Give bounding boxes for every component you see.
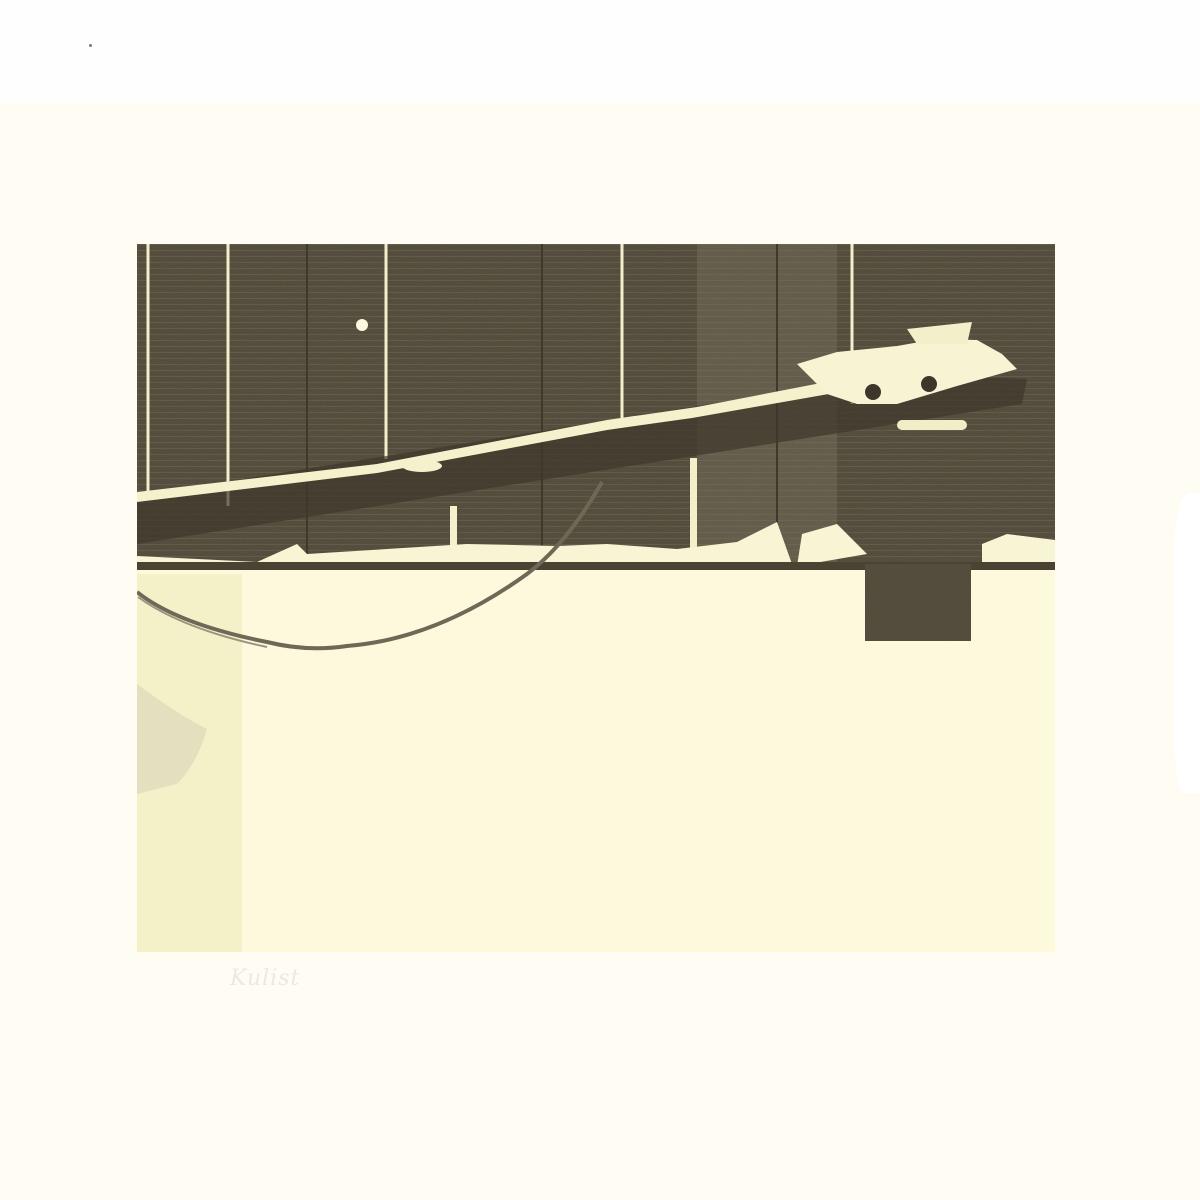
dust-speck: [89, 44, 92, 47]
photocopy-print: [137, 244, 1055, 952]
print-image: [137, 244, 1055, 952]
scan-background: Kulist: [0, 0, 1200, 1200]
paper-torn-edge: [1174, 493, 1200, 793]
pencil-signature: Kulist: [230, 966, 300, 991]
